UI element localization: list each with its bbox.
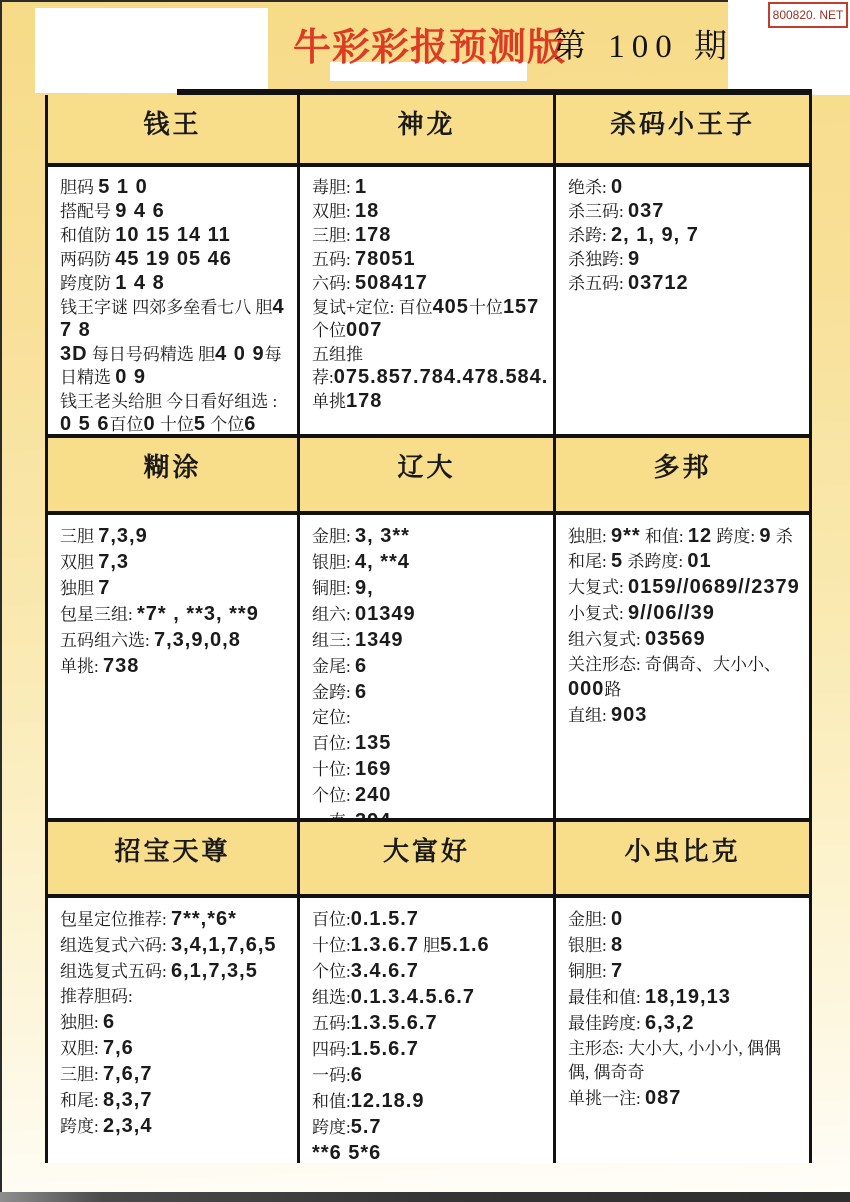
predictor-body: 百位:0.1.5.7十位:1.3.6.7 胆5.1.6个位:3.4.6.7组选:… — [300, 898, 553, 1163]
prediction-label: 个位: — [312, 962, 351, 981]
prediction-line: 单挑一注: 087 — [568, 1086, 801, 1111]
prediction-label: 最佳和值: — [568, 988, 645, 1007]
prediction-value: 9** — [611, 525, 641, 547]
prediction-line: 独胆: 9** 和值: 12 跨度: 9 杀和尾: 5 杀跨度: 01 — [568, 524, 801, 574]
prediction-value: 10 15 14 11 — [115, 224, 231, 246]
prediction-line: 包星定位推荐: 7**,*6* — [60, 907, 289, 932]
prediction-value: 2,3,4 — [103, 1115, 152, 1137]
prediction-label: 五码组六选: — [60, 631, 154, 650]
prediction-value: 18,19,13 — [645, 986, 731, 1008]
prediction-label: 杀跨: — [568, 226, 611, 245]
prediction-value: 6 — [355, 655, 367, 677]
site-watermark: 800820. NET — [768, 2, 848, 28]
prediction-label: 独胆: — [60, 1013, 103, 1032]
prediction-value: 6 — [351, 1064, 363, 1086]
prediction-line: 六码: 508417 — [312, 272, 545, 295]
prediction-value: 1.5.6.7 — [351, 1038, 419, 1060]
prediction-line: 跨度防 1 4 8 — [60, 272, 289, 295]
prediction-value: 007 — [346, 319, 382, 341]
prediction-label: 钱王字谜 四郊多垒看七八 胆 — [60, 298, 273, 317]
prediction-value: 000 — [568, 678, 604, 700]
prediction-value: 6 — [355, 681, 367, 703]
prediction-value: 0.1.5.7 — [351, 908, 419, 930]
prediction-line: **6 5*6 — [312, 1141, 545, 1163]
prediction-label: 组选复式五码: — [60, 962, 171, 981]
prediction-value: 5 1 0 — [98, 176, 147, 198]
prediction-line: 铜胆: 9, — [312, 576, 545, 601]
prediction-label: 包星三组: — [60, 605, 137, 624]
prediction-label: 和值: — [641, 527, 688, 546]
prediction-label: 单挑 — [312, 392, 346, 411]
prediction-value: 03569 — [645, 628, 706, 650]
prediction-label: 单挑一注: — [568, 1089, 645, 1108]
prediction-line: 跨度: 2,3,4 — [60, 1114, 289, 1139]
page: 牛彩彩报预测版 第 100 期 800820. NET 钱王胆码 5 1 0搭配… — [0, 0, 850, 1202]
prediction-value: 18 — [355, 200, 379, 222]
prediction-label: 每日号码精选 胆 — [88, 345, 216, 364]
prediction-value: 78051 — [355, 248, 416, 270]
prediction-label: 杀三码: — [568, 202, 628, 221]
prediction-line: 银胆: 8 — [568, 933, 801, 958]
prediction-value: 3.4.6.7 — [351, 960, 419, 982]
prediction-line: 3D 每日号码精选 胆4 0 9每日精选 0 9 — [60, 343, 289, 389]
prediction-line: 和值防 10 15 14 11 — [60, 224, 289, 247]
prediction-label: 跨度防 — [60, 274, 115, 293]
prediction-line: 绝杀: 0 — [568, 176, 801, 199]
prediction-value: 7,3 — [98, 551, 129, 573]
prediction-line: 和值:12.18.9 — [312, 1089, 545, 1114]
predictor-cell-9: 小虫比克金胆: 0银胆: 8铜胆: 7最佳和值: 18,19,13最佳跨度: 6… — [553, 818, 812, 1163]
prediction-line: 双胆 7,3 — [60, 550, 289, 575]
prediction-line: 组六: 01349 — [312, 602, 545, 627]
prediction-label: 绝杀: — [568, 178, 611, 197]
predictor-name: 大富好 — [300, 818, 553, 898]
prediction-line: 十位: 169 — [312, 757, 545, 782]
predictor-body: 包星定位推荐: 7**,*6*组选复式六码: 3,4,1,7,6,5组选复式五码… — [48, 898, 297, 1163]
prediction-line: 个位: 240 — [312, 783, 545, 808]
prediction-value: 0159//0689//2379 — [628, 576, 800, 598]
predictor-cell-7: 招宝天尊包星定位推荐: 7**,*6*组选复式六码: 3,4,1,7,6,5组选… — [45, 818, 297, 1163]
prediction-value: 7,6 — [103, 1037, 134, 1059]
prediction-line: 和尾: 8,3,7 — [60, 1088, 289, 1113]
prediction-value: 12.18.9 — [351, 1090, 425, 1112]
prediction-label: 毒胆: — [312, 178, 355, 197]
prediction-label: 三胆 — [60, 527, 98, 546]
predictor-cell-6: 多邦独胆: 9** 和值: 12 跨度: 9 杀和尾: 5 杀跨度: 01大复式… — [553, 434, 812, 818]
prediction-label: 组三: — [312, 631, 355, 650]
prediction-line: 组选复式五码: 6,1,7,3,5 — [60, 959, 289, 984]
prediction-value: 738 — [103, 655, 139, 677]
prediction-label: 百位: — [312, 734, 355, 753]
predictor-body: 胆码 5 1 0搭配号 9 4 6和值防 10 15 14 11两码防 45 1… — [48, 167, 297, 434]
prediction-label: 个位 — [312, 321, 346, 340]
prediction-label: 双胆: — [60, 1039, 103, 1058]
prediction-line: 铜胆: 7 — [568, 959, 801, 984]
prediction-label: 银胆: — [568, 936, 611, 955]
prediction-value: 7,3,9 — [98, 525, 147, 547]
prediction-line: 一直: 394 — [312, 809, 545, 818]
prediction-label: 金跨: — [312, 683, 355, 702]
prediction-label: 杀独跨: — [568, 250, 628, 269]
prediction-value: 9 — [759, 525, 771, 547]
prediction-line: 百位: 135 — [312, 731, 545, 756]
prediction-line: 钱王老头给胆 今日看好组选 : 0 5 6百位0 十位5 个位6 — [60, 390, 289, 434]
prediction-label: 金尾: — [312, 657, 355, 676]
prediction-line: 三胆: 178 — [312, 224, 545, 247]
predictor-body: 金胆: 0银胆: 8铜胆: 7最佳和值: 18,19,13最佳跨度: 6,3,2… — [556, 898, 809, 1163]
prediction-value: 0.1.3.4.5.6.7 — [351, 986, 475, 1008]
prediction-label: 五码: — [312, 1014, 351, 1033]
prediction-line: 大复式: 0159//0689//2379 — [568, 575, 801, 600]
prediction-label: 复试+定位: 百位 — [312, 298, 433, 317]
prediction-value: 037 — [628, 200, 664, 222]
prediction-value: 03712 — [628, 272, 689, 294]
prediction-label: 跨度: — [312, 1118, 351, 1137]
top-edge-line — [0, 0, 850, 2]
prediction-value: 1.3.5.6.7 — [351, 1012, 438, 1034]
prediction-line: 小复式: 9//06//39 — [568, 601, 801, 626]
prediction-label: 搭配号 — [60, 202, 115, 221]
prediction-label: 组六: — [312, 605, 355, 624]
prediction-value: 508417 — [355, 272, 428, 294]
prediction-value: 178 — [346, 390, 382, 412]
prediction-value: 0 9 — [115, 366, 146, 388]
prediction-line: 金跨: 6 — [312, 680, 545, 705]
prediction-line: 四码:1.5.6.7 — [312, 1037, 545, 1062]
prediction-line: 推荐胆码: — [60, 985, 289, 1009]
page-title: 牛彩彩报预测版 — [293, 16, 566, 71]
prediction-line: 毒胆: 1 — [312, 176, 545, 199]
prediction-value: 6,1,7,3,5 — [171, 960, 258, 982]
prediction-label: 银胆: — [312, 553, 355, 572]
prediction-line: 双胆: 7,6 — [60, 1036, 289, 1061]
predictor-name: 神龙 — [300, 95, 553, 167]
prediction-line: 三胆: 7,6,7 — [60, 1062, 289, 1087]
predictor-row-2: 糊涂三胆 7,3,9双胆 7,3独胆 7包星三组: *7* , **3, **9… — [45, 434, 812, 818]
predictor-cell-2: 神龙毒胆: 1双胆: 18三胆: 178五码: 78051六码: 508417复… — [297, 95, 553, 434]
prediction-label: 胆码 — [60, 178, 98, 197]
prediction-label: 组选复式六码: — [60, 936, 171, 955]
prediction-label: 十位: — [312, 760, 355, 779]
prediction-line: 胆码 5 1 0 — [60, 176, 289, 199]
prediction-label: 跨度: — [60, 1117, 103, 1136]
prediction-value: 7,3,9,0,8 — [154, 629, 241, 651]
prediction-value: 9//06//39 — [628, 602, 715, 624]
prediction-label: 单挑: — [60, 657, 103, 676]
prediction-value: 9 4 6 — [115, 200, 164, 222]
prediction-value: 1 4 8 — [115, 272, 164, 294]
prediction-label: 主形态: 大小大, 小小小, 偶偶偶, 偶奇奇 — [568, 1039, 781, 1082]
prediction-line: 金胆: 0 — [568, 907, 801, 932]
prediction-value: 9, — [355, 577, 374, 599]
prediction-value: 0 — [611, 908, 623, 930]
prediction-label: 和值防 — [60, 226, 115, 245]
prediction-value: 4, **4 — [355, 551, 410, 573]
prediction-label: 金胆: — [312, 527, 355, 546]
prediction-value: 6 — [244, 413, 256, 434]
prediction-line: 双胆: 18 — [312, 200, 545, 223]
predictor-row-1: 钱王胆码 5 1 0搭配号 9 4 6和值防 10 15 14 11两码防 45… — [45, 95, 812, 434]
prediction-label: 组六复式: — [568, 630, 645, 649]
predictor-body: 金胆: 3, 3**银胆: 4, **4铜胆: 9,组六: 01349组三: 1… — [300, 515, 553, 818]
prediction-line: 十位:1.3.6.7 胆5.1.6 — [312, 933, 545, 958]
prediction-label: 大复式: — [568, 578, 628, 597]
prediction-label: 六码: — [312, 274, 355, 293]
prediction-value: 7**,*6* — [171, 908, 237, 930]
prediction-value: 9 — [628, 248, 640, 270]
predictor-body: 绝杀: 0杀三码: 037杀跨: 2, 1, 9, 7杀独跨: 9杀五码: 03… — [556, 167, 809, 434]
predictor-body: 毒胆: 1双胆: 18三胆: 178五码: 78051六码: 508417复试+… — [300, 167, 553, 434]
prediction-label: 十位 — [469, 298, 503, 317]
prediction-label: 包星定位推荐: — [60, 910, 171, 929]
issue-number: 第 100 期 — [553, 20, 734, 67]
prediction-value: 135 — [355, 732, 391, 754]
prediction-line: 最佳和值: 18,19,13 — [568, 985, 801, 1010]
prediction-label: 路 — [604, 680, 621, 699]
prediction-value: 405 — [433, 296, 469, 318]
prediction-value: 5.1.6 — [440, 934, 489, 956]
prediction-label: 个位: — [312, 786, 355, 805]
prediction-label: 一码: — [312, 1066, 351, 1085]
prediction-label: 三胆: — [312, 226, 355, 245]
left-edge-line — [0, 0, 2, 1192]
prediction-line: 直组: 903 — [568, 703, 801, 728]
prediction-value: 5.7 — [351, 1116, 382, 1138]
prediction-label: 百位 — [109, 415, 143, 434]
prediction-value: 3,4,1,7,6,5 — [171, 934, 277, 956]
prediction-label: 定位: — [312, 708, 351, 727]
prediction-value: 3D — [60, 343, 88, 365]
prediction-label: 铜胆: — [568, 962, 611, 981]
prediction-label: 金胆: — [568, 910, 611, 929]
prediction-line: 最佳跨度: 6,3,2 — [568, 1011, 801, 1036]
prediction-label: 铜胆: — [312, 579, 355, 598]
prediction-value: 1 — [355, 176, 367, 198]
prediction-line: 一码:6 — [312, 1063, 545, 1088]
prediction-label: 组选: — [312, 988, 351, 1007]
prediction-value: 169 — [355, 758, 391, 780]
prediction-line: 杀三码: 037 — [568, 200, 801, 223]
prediction-label: 杀跨度: — [623, 552, 687, 571]
prediction-label: 小复式: — [568, 604, 628, 623]
prediction-label: 直组: — [568, 706, 611, 725]
prediction-line: 杀跨: 2, 1, 9, 7 — [568, 224, 801, 247]
predictor-name: 招宝天尊 — [48, 818, 297, 898]
prediction-line: 单挑: 738 — [60, 654, 289, 679]
prediction-label: 独胆: — [568, 527, 611, 546]
prediction-line: 单挑178 — [312, 390, 545, 413]
prediction-value: 1.3.6.7 — [351, 934, 419, 956]
prediction-label: 五码: — [312, 250, 355, 269]
predictor-cell-3: 杀码小王子绝杀: 0杀三码: 037杀跨: 2, 1, 9, 7杀独跨: 9杀五… — [553, 95, 812, 434]
prediction-line: 包星三组: *7* , **3, **9 — [60, 602, 289, 627]
prediction-label: 两码防 — [60, 250, 115, 269]
prediction-label: 杀五码: — [568, 274, 628, 293]
prediction-value: 7,6,7 — [103, 1063, 152, 1085]
prediction-value: 1349 — [355, 629, 404, 651]
predictor-cell-8: 大富好百位:0.1.5.7十位:1.3.6.7 胆5.1.6个位:3.4.6.7… — [297, 818, 553, 1163]
prediction-label: 百位: — [312, 910, 351, 929]
prediction-value: 7 — [98, 577, 110, 599]
prediction-value: 7 — [611, 960, 623, 982]
predictor-name: 多邦 — [556, 434, 809, 515]
prediction-value: 6,3,2 — [645, 1012, 694, 1034]
prediction-label: 三胆: — [60, 1065, 103, 1084]
prediction-label: 双胆: — [312, 202, 355, 221]
prediction-line: 金尾: 6 — [312, 654, 545, 679]
predictor-body: 三胆 7,3,9双胆 7,3独胆 7包星三组: *7* , **3, **9五码… — [48, 515, 297, 818]
prediction-label: 四码: — [312, 1040, 351, 1059]
predictor-name: 糊涂 — [48, 434, 297, 515]
prediction-label: 推荐胆码: — [60, 987, 133, 1006]
predictor-row-3: 招宝天尊包星定位推荐: 7**,*6*组选复式六码: 3,4,1,7,6,5组选… — [45, 818, 812, 1163]
blank-panel-left — [35, 8, 268, 93]
prediction-value: 45 19 05 46 — [115, 248, 232, 270]
predictor-name: 钱王 — [48, 95, 297, 167]
prediction-line: 杀五码: 03712 — [568, 272, 801, 295]
prediction-line: 跨度:5.7 — [312, 1115, 545, 1140]
prediction-value: *7* , **3, **9 — [137, 603, 259, 625]
prediction-value: 4 0 9 — [215, 343, 264, 365]
prediction-line: 关注形态: 奇偶奇、大小小、000路 — [568, 653, 801, 702]
prediction-value: 087 — [645, 1087, 681, 1109]
predictor-name: 小虫比克 — [556, 818, 809, 898]
prediction-line: 定位: — [312, 706, 545, 730]
prediction-value: 075.857.784.478.584. — [334, 366, 549, 388]
prediction-label: 和值: — [312, 1092, 351, 1111]
prediction-label: 十位 — [156, 415, 194, 434]
predictor-cell-4: 糊涂三胆 7,3,9双胆 7,3独胆 7包星三组: *7* , **3, **9… — [45, 434, 297, 818]
prediction-value: 3, 3** — [355, 525, 410, 547]
prediction-line: 五码组六选: 7,3,9,0,8 — [60, 628, 289, 653]
prediction-line: 杀独跨: 9 — [568, 248, 801, 271]
prediction-value: 178 — [355, 224, 391, 246]
prediction-line: 银胆: 4, **4 — [312, 550, 545, 575]
prediction-line: 三胆 7,3,9 — [60, 524, 289, 549]
prediction-value: 01 — [687, 550, 711, 572]
prediction-value: 6 — [103, 1011, 115, 1033]
prediction-value: 394 — [355, 810, 391, 818]
prediction-value: 01349 — [355, 603, 416, 625]
prediction-value: 8 — [611, 934, 623, 956]
prediction-label: 胆 — [419, 936, 440, 955]
prediction-grid: 钱王胆码 5 1 0搭配号 9 4 6和值防 10 15 14 11两码防 45… — [45, 95, 812, 1163]
predictor-body: 独胆: 9** 和值: 12 跨度: 9 杀和尾: 5 杀跨度: 01大复式: … — [556, 515, 809, 818]
prediction-line: 个位:3.4.6.7 — [312, 959, 545, 984]
prediction-value: 0 — [611, 176, 623, 198]
prediction-label: 个位 — [206, 415, 244, 434]
prediction-label: 独胆 — [60, 579, 98, 598]
prediction-line: 五码:1.3.5.6.7 — [312, 1011, 545, 1036]
predictor-cell-1: 钱王胆码 5 1 0搭配号 9 4 6和值防 10 15 14 11两码防 45… — [45, 95, 297, 434]
prediction-line: 独胆: 6 — [60, 1010, 289, 1035]
prediction-line: 金胆: 3, 3** — [312, 524, 545, 549]
prediction-value: 2, 1, 9, 7 — [611, 224, 699, 246]
prediction-value: 240 — [355, 784, 391, 806]
prediction-line: 复试+定位: 百位405十位157个位007 — [312, 296, 545, 342]
prediction-line: 组选:0.1.3.4.5.6.7 — [312, 985, 545, 1010]
prediction-label: 关注形态: 奇偶奇、大小小、 — [568, 655, 781, 674]
prediction-line: 组三: 1349 — [312, 628, 545, 653]
prediction-value: 5 — [611, 550, 623, 572]
prediction-line: 组六复式: 03569 — [568, 627, 801, 652]
prediction-value: 0 5 6 — [60, 413, 109, 434]
prediction-line: 主形态: 大小大, 小小小, 偶偶偶, 偶奇奇 — [568, 1037, 801, 1085]
prediction-value: 5 — [194, 413, 206, 434]
prediction-value: 8,3,7 — [103, 1089, 152, 1111]
prediction-label: 最佳跨度: — [568, 1014, 645, 1033]
prediction-value: **6 5*6 — [312, 1142, 381, 1163]
prediction-line: 五码: 78051 — [312, 248, 545, 271]
prediction-value: 903 — [611, 704, 647, 726]
prediction-value: 157 — [503, 296, 539, 318]
prediction-line: 钱王字谜 四郊多垒看七八 胆4 7 8 — [60, 296, 289, 342]
bottom-bar — [0, 1192, 850, 1202]
prediction-line: 搭配号 9 4 6 — [60, 200, 289, 223]
prediction-label: 钱王老头给胆 今日看好组选 : — [60, 392, 277, 411]
prediction-label: 双胆 — [60, 553, 98, 572]
prediction-value: 0 — [143, 413, 155, 434]
prediction-line: 五组推荐:075.857.784.478.584. — [312, 343, 545, 389]
prediction-line: 两码防 45 19 05 46 — [60, 248, 289, 271]
predictor-name: 杀码小王子 — [556, 95, 809, 167]
predictor-name: 辽大 — [300, 434, 553, 515]
prediction-label: 和尾: — [60, 1091, 103, 1110]
prediction-label: 跨度: — [712, 527, 759, 546]
prediction-line: 独胆 7 — [60, 576, 289, 601]
prediction-label: 十位: — [312, 936, 351, 955]
predictor-cell-5: 辽大金胆: 3, 3**银胆: 4, **4铜胆: 9,组六: 01349组三:… — [297, 434, 553, 818]
prediction-line: 组选复式六码: 3,4,1,7,6,5 — [60, 933, 289, 958]
prediction-line: 百位:0.1.5.7 — [312, 907, 545, 932]
prediction-value: 12 — [688, 525, 712, 547]
